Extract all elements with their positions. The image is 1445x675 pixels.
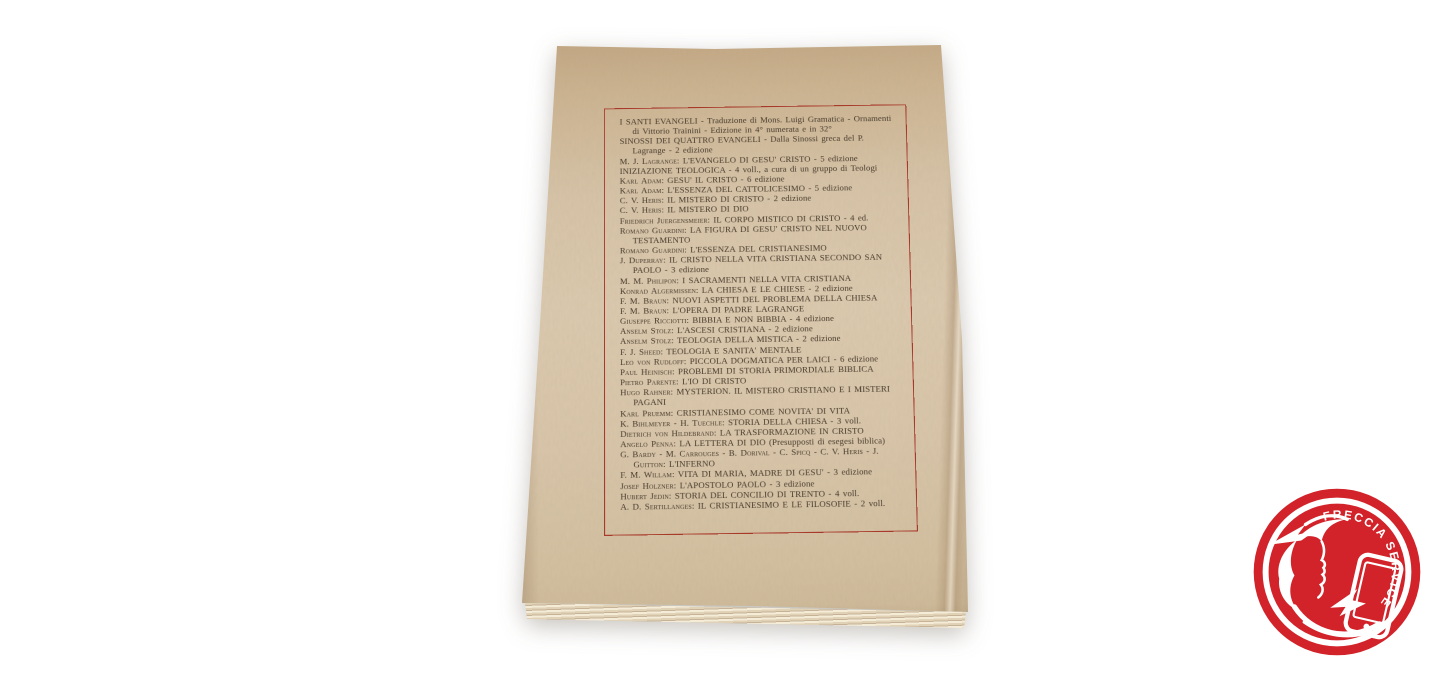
list-item-note: 4 edizione xyxy=(796,313,834,324)
list-item-author: Karl Adam xyxy=(620,185,662,195)
list-item-author: Karl Pruemm xyxy=(620,407,671,418)
book: I SANTI EVANGELI - Traduzione di Mons. L… xyxy=(515,40,975,630)
list-item-note: 2 edizione xyxy=(775,324,813,335)
list-item-note: 6 edizione xyxy=(747,174,785,184)
list-item-author: Leo von Rudloff xyxy=(620,356,684,367)
list-item-author: Pietro Parente xyxy=(620,376,676,387)
list-item-title: IL MISTERO DI CRISTO xyxy=(667,194,764,205)
list-item-author: Paul Heinisch xyxy=(620,366,672,377)
list-item-author: Hubert Jedin xyxy=(620,490,669,501)
list-item-title: L'IO DI CRISTO xyxy=(682,375,746,386)
list-item-note: 2 voll. xyxy=(861,498,886,509)
list-item-note: 3 edizione xyxy=(776,478,815,489)
publisher-list-frame: I SANTI EVANGELI - Traduzione di Mons. L… xyxy=(604,104,918,536)
list-item-author: M. J. Lagrange xyxy=(620,155,677,165)
list-item-author: F. M. Braun xyxy=(620,295,667,306)
freccia-service-logo: FRECCIA SERVICE® xyxy=(1252,487,1422,657)
list-item-author: Angelo Penna xyxy=(620,438,673,449)
list-item-title: L'INFERNO xyxy=(669,458,715,469)
list-item-note: 3 voll. xyxy=(837,415,861,426)
list-item-note: 5 edizione xyxy=(815,183,853,193)
list-item-author: A. D. Sertillanges xyxy=(620,500,692,511)
list-item-author: Karl Adam xyxy=(620,175,662,185)
list-item-title: IL CRISTIANESIMO E LE FILOSOFIE xyxy=(698,498,851,510)
list-item-author: Anselm Stolz xyxy=(620,325,671,336)
list-item-note: 4 ed. xyxy=(850,212,869,222)
list-item-author: Anselm Stolz xyxy=(620,336,671,347)
list-item-author: F. M. Willam xyxy=(620,469,672,480)
list-item-author: C. V. Heris xyxy=(620,205,662,215)
list-item-author: F. J. Sheed xyxy=(620,346,661,357)
list-item-author: C. V. Heris xyxy=(620,195,662,205)
list-item-note: 5 edizione xyxy=(820,153,858,163)
book-list: I SANTI EVANGELI - Traduzione di Mons. L… xyxy=(605,105,917,535)
list-item-note: 2 edizione xyxy=(802,333,840,344)
list-item-author: Giuseppe Ricciotti xyxy=(620,315,687,326)
list-item-note: 4 voll., a cura di un gruppo di Teologi xyxy=(735,162,877,174)
list-item-note: 2 edizione xyxy=(774,193,812,203)
list-item-author: M. M. Philipon xyxy=(620,275,676,286)
list-item-note: 6 edizione xyxy=(840,353,878,364)
list-item-note: 3 edizione xyxy=(833,467,872,478)
list-item-author: J. Duperray xyxy=(620,255,663,265)
list-item-author: Josef Holzner xyxy=(620,480,673,491)
list-item-note: 3 edizione xyxy=(671,264,709,274)
list-item-note: 2 edizione xyxy=(815,282,853,292)
list-item-author: Hugo Rahner xyxy=(620,387,670,398)
list-item-note: 4 voll. xyxy=(835,488,860,499)
list-item-author: F. M. Braun xyxy=(620,305,667,316)
photo-scene: I SANTI EVANGELI - Traduzione di Mons. L… xyxy=(0,0,1445,675)
